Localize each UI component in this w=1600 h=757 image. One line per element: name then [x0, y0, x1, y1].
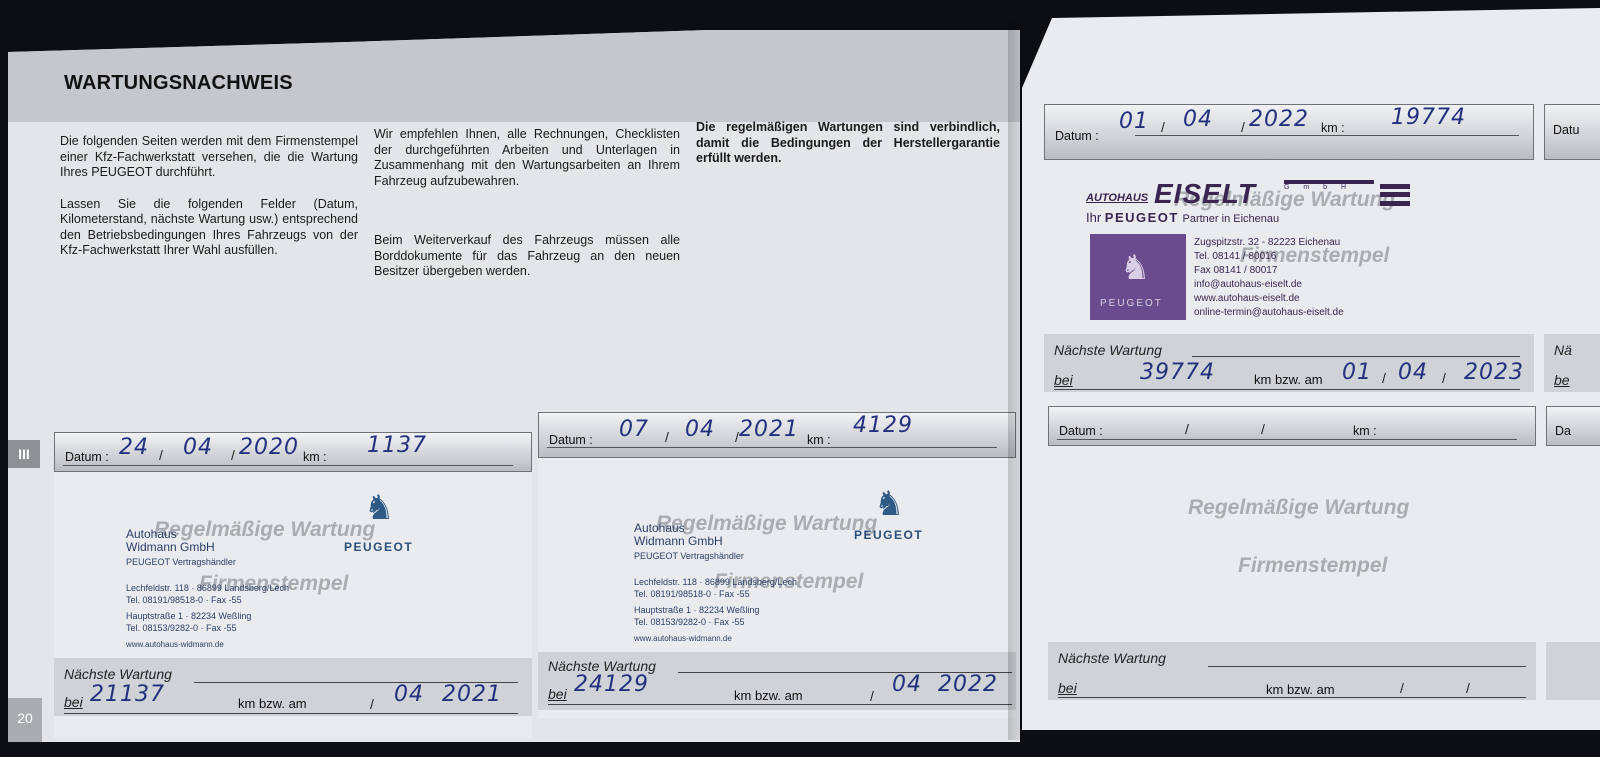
datum-label-fragment: Da — [1555, 424, 1571, 438]
stamp-line2: Widmann GmbH — [634, 535, 723, 548]
next-service-label: Nächste Wartung — [1058, 650, 1166, 666]
service-day[interactable]: 01 — [1119, 109, 1149, 134]
next-service-label: Nächste Wartung — [64, 666, 172, 682]
km-or-on-label: km bzw. am — [1266, 682, 1335, 697]
next-service-month[interactable]: 04 — [394, 682, 424, 707]
peugeot-lion-icon: ♞ — [874, 484, 904, 524]
next-service-km[interactable]: 21137 — [90, 682, 165, 707]
service-year[interactable]: 2022 — [1249, 107, 1309, 132]
next-service-label-fragment: Nä — [1554, 342, 1572, 358]
watermark-company-stamp: Firmenstempel — [1238, 554, 1387, 578]
service-month[interactable]: 04 — [1183, 107, 1213, 132]
datum-label: Datum : — [1055, 129, 1099, 143]
intro-paragraph: Lassen Sie die folgenden Felder (Datum, … — [60, 197, 358, 259]
watermark-regular-service: Regelmäßige Wartung — [656, 512, 877, 536]
intro-column-2: Wir empfehlen Ihnen, alle Rechnungen, Ch… — [374, 127, 680, 296]
service-km[interactable]: 4129 — [853, 413, 913, 438]
stamp-web: www.autohaus-widmann.de — [126, 638, 224, 651]
next-service-label: Nächste Wartung — [1054, 342, 1162, 358]
service-year[interactable]: 2021 — [739, 417, 799, 442]
intro-paragraph: Die folgenden Seiten werden mit dem Firm… — [60, 134, 358, 181]
datum-bar: Datum : 01 / 04 / 2022 km : 19774 — [1044, 104, 1534, 160]
next-service-band: Nächste Wartung bei 21137 km bzw. am / 0… — [54, 658, 532, 716]
bei-label: bei — [1058, 680, 1077, 696]
next-service-year[interactable]: 2023 — [1464, 360, 1524, 385]
next-service-band — [1546, 642, 1600, 700]
service-year[interactable]: 2020 — [239, 435, 299, 460]
intro-paragraph: Wir empfehlen Ihnen, alle Rechnungen, Ch… — [374, 127, 680, 189]
stamp-company-name: EISELT — [1154, 178, 1256, 210]
stamp-address: Zugspitzstr. 32 - 82223 Eichenau — [1194, 236, 1340, 249]
next-service-date-field[interactable] — [1348, 674, 1518, 696]
stamp-web: www.autohaus-widmann.de — [634, 632, 732, 645]
stamp-fax: Fax 08141 / 80017 — [1194, 264, 1277, 277]
page-number: 20 — [8, 698, 42, 742]
page-title: WARTUNGSNACHWEIS — [64, 72, 293, 95]
service-day[interactable]: 07 — [619, 417, 649, 442]
next-service-band: Nächste Wartung bei km bzw. am / / — [1048, 642, 1536, 700]
stamp-suffix: G m b H — [1284, 180, 1374, 191]
service-km[interactable]: 1137 — [367, 433, 427, 458]
datum-bar: Da — [1546, 406, 1600, 446]
intro-column-1: Die folgenden Seiten werden mit dem Firm… — [60, 134, 358, 275]
datum-bar: Datum : 24 / 04 / 2020 km : 1137 — [54, 432, 532, 472]
stamp-line2: Widmann GmbH — [126, 541, 215, 554]
stamp-tagline-post: Partner in Eichenau — [1183, 213, 1280, 225]
datum-label: Datum : — [65, 450, 109, 464]
stamp-line3: PEUGEOT Vertragshändler — [634, 550, 744, 563]
km-label: km : — [807, 433, 831, 447]
bei-label: bei — [548, 686, 567, 702]
service-record-1: Datum : 24 / 04 / 2020 km : 1137 Regelmä… — [54, 432, 532, 738]
km-or-on-label: km bzw. am — [734, 688, 803, 703]
datum-bar: Datum : 07 / 04 / 2021 km : 4129 — [538, 412, 1016, 458]
intro-paragraph: Beim Weiterverkauf des Fahrzeugs müssen … — [374, 233, 680, 280]
service-record-partial-bottom: Da — [1546, 406, 1600, 706]
watermark-regular-service: Regelmäßige Wartung — [154, 518, 375, 542]
service-record-3: Datum : 01 / 04 / 2022 km : 19774 Regelm… — [1044, 104, 1534, 404]
next-service-day[interactable]: 01 — [1342, 360, 1372, 385]
service-record-4-empty: Datum : / / km : Regelmäßige Wartung Fir… — [1048, 406, 1536, 706]
left-page: WARTUNGSNACHWEIS Die folgenden Seiten we… — [8, 30, 1020, 742]
stamp-tagline-pre: Ihr — [1086, 210, 1101, 225]
km-label: km : — [1321, 121, 1345, 135]
intro-column-3-warranty-note: Die regelmäßigen Wartungen sind verbindl… — [696, 120, 1000, 167]
bei-label-fragment: be — [1554, 372, 1570, 388]
peugeot-logo-block: ♞ PEUGEOT — [1090, 234, 1186, 320]
next-service-km-field[interactable] — [1088, 674, 1258, 696]
stamp-email: info@autohaus-eiselt.de — [1194, 278, 1302, 291]
service-date-field[interactable] — [1119, 413, 1319, 439]
stamp-brand: PEUGEOT — [854, 528, 923, 542]
stamp-tel1: Tel. 08191/98518-0 · Fax -55 — [126, 594, 242, 607]
stamp-tel2: Tel. 08153/9282-0 · Fax -55 — [126, 622, 237, 635]
logo-text: PEUGEOT — [1100, 298, 1163, 309]
stamp-tagline-brand: PEUGEOT — [1105, 210, 1179, 225]
next-service-km[interactable]: 24129 — [574, 672, 649, 697]
km-or-on-label: km bzw. am — [238, 696, 307, 711]
stamp-line3: PEUGEOT Vertragshändler — [126, 556, 236, 569]
stamp-bars-icon — [1380, 184, 1410, 206]
service-km-field[interactable] — [1389, 413, 1519, 439]
stamp-prefix: AUTOHAUS — [1086, 192, 1148, 204]
km-label: km : — [303, 450, 327, 464]
datum-label: Datum : — [1059, 424, 1103, 438]
service-month[interactable]: 04 — [183, 435, 213, 460]
peugeot-lion-icon: ♞ — [1120, 248, 1150, 288]
stamp-online: online-termin@autohaus-eiselt.de — [1194, 306, 1344, 319]
service-km[interactable]: 19774 — [1391, 105, 1466, 130]
next-service-band: Nächste Wartung bei 24129 km bzw. am / 0… — [538, 652, 1016, 710]
service-record-partial-top: Datu Nä be — [1544, 104, 1600, 404]
next-service-month[interactable]: 04 — [892, 672, 922, 697]
stamp-tel1: Tel. 08191/98518-0 · Fax -55 — [634, 588, 750, 601]
next-service-month[interactable]: 04 — [1398, 360, 1428, 385]
stamp-tel: Tel. 08141 / 80016 — [1194, 250, 1276, 263]
bei-label: bei — [1054, 372, 1073, 388]
datum-bar: Datum : / / km : — [1048, 406, 1536, 446]
service-day[interactable]: 24 — [119, 435, 149, 460]
next-service-year[interactable]: 2022 — [938, 672, 998, 697]
next-service-band: Nä be — [1544, 334, 1600, 392]
bei-label: bei — [64, 694, 83, 710]
next-service-band: Nächste Wartung bei 39774 km bzw. am 01 … — [1044, 334, 1534, 392]
peugeot-lion-icon: ♞ — [364, 488, 394, 528]
next-service-year[interactable]: 2021 — [442, 682, 502, 707]
right-page: Datum : 01 / 04 / 2022 km : 19774 Regelm… — [1022, 8, 1600, 730]
stamp-brand: PEUGEOT — [344, 540, 413, 554]
stamp-web: www.autohaus-eiselt.de — [1194, 292, 1300, 305]
next-service-km[interactable]: 39774 — [1140, 360, 1215, 385]
service-record-2: Datum : 07 / 04 / 2021 km : 4129 Regelmä… — [538, 412, 1016, 718]
datum-bar: Datu — [1544, 104, 1600, 160]
watermark-regular-service: Regelmäßige Wartung — [1188, 496, 1409, 520]
km-label: km : — [1353, 424, 1377, 438]
stamp-tagline: Ihr PEUGEOT Partner in Eichenau — [1086, 210, 1279, 225]
datum-label-fragment: Datu — [1553, 123, 1579, 137]
section-tab-marker: III — [8, 440, 40, 468]
stamp-tel2: Tel. 08153/9282-0 · Fax -55 — [634, 616, 745, 629]
datum-label: Datum : — [549, 433, 593, 447]
km-or-on-label: km bzw. am — [1254, 372, 1323, 387]
service-month[interactable]: 04 — [685, 417, 715, 442]
